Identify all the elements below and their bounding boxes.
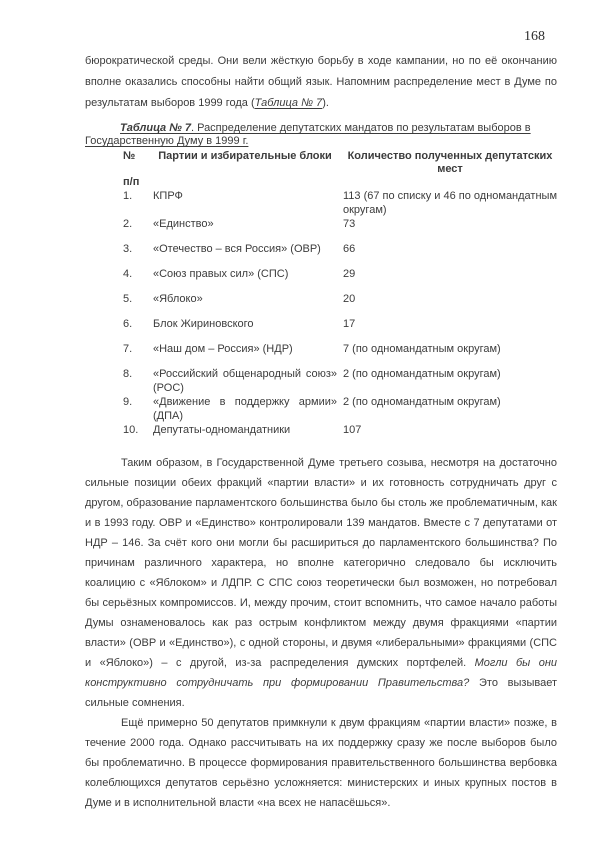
table-row: 7. «Наш дом – Россия» (НДР) 7 (по однома… — [123, 342, 557, 367]
seats-count: 20 — [343, 292, 557, 306]
party-name: «Союз правых сил» (СПС) — [153, 267, 337, 281]
row-number: 9. — [123, 395, 153, 409]
party-name: «Единство» — [153, 217, 337, 231]
table-row: 10. Депутаты-одномандатники 107 — [123, 423, 557, 448]
table-row: 8. «Российский общенародный союз» (РОС) … — [123, 367, 557, 395]
header-num-line2: п/п — [123, 176, 153, 189]
intro-paragraph: бюрократической среды. Они вели жёсткую … — [85, 51, 557, 114]
table-row: 9. «Движение в поддержку армии» (ДПА) 2 … — [123, 395, 557, 423]
seats-count: 29 — [343, 267, 557, 281]
party-name: Депутаты-одномандатники — [153, 423, 337, 437]
table-row: 2. «Единство» 73 — [123, 217, 557, 242]
mandates-table: № п/п Партии и избирательные блоки Колич… — [123, 150, 557, 448]
seats-count: 73 — [343, 217, 557, 231]
row-number: 1. — [123, 189, 153, 203]
document-page: 168 бюрократической среды. Они вели жёст… — [0, 0, 600, 849]
row-number: 4. — [123, 267, 153, 281]
table-row: 4. «Союз правых сил» (СПС) 29 — [123, 267, 557, 292]
party-name: КПРФ — [153, 189, 337, 203]
seats-count: 2 (по одномандатным округам) — [343, 395, 557, 409]
party-name: Блок Жириновского — [153, 317, 337, 331]
seats-count: 17 — [343, 317, 557, 331]
page-content: бюрократической среды. Они вели жёсткую … — [85, 51, 557, 813]
row-number: 10. — [123, 423, 153, 437]
header-num-line1: № — [123, 150, 153, 163]
table-reference-link: Таблица № 7 — [255, 97, 323, 109]
seats-count: 2 (по одномандатным округам) — [343, 367, 557, 381]
table-row: 3. «Отечество – вся Россия» (ОВР) 66 — [123, 242, 557, 267]
row-number: 8. — [123, 367, 153, 381]
seats-count: 107 — [343, 423, 557, 437]
table-row: 6. Блок Жириновского 17 — [123, 317, 557, 342]
party-name: «Российский общенародный союз» (РОС) — [153, 367, 337, 395]
header-num-column: № п/п — [123, 150, 153, 189]
row-number: 3. — [123, 242, 153, 256]
seats-count: 113 (67 по списку и 46 по одномандатным … — [343, 189, 557, 217]
intro-text-after: ). — [322, 97, 329, 109]
seats-count: 7 (по одномандатным округам) — [343, 342, 557, 356]
header-seats-column: Количество полученных депутатских мест — [343, 150, 557, 189]
row-number: 7. — [123, 342, 153, 356]
page-number: 168 — [524, 29, 545, 45]
party-name: «Отечество – вся Россия» (ОВР) — [153, 242, 337, 256]
analysis-text-normal: Таким образом, в Государственной Думе тр… — [85, 457, 557, 669]
table-header-row: № п/п Партии и избирательные блоки Колич… — [123, 150, 557, 189]
party-name: «Движение в поддержку армии» (ДПА) — [153, 395, 337, 423]
seats-count: 66 — [343, 242, 557, 256]
closing-paragraph: Ещё примерно 50 депутатов примкнули к дв… — [85, 713, 557, 813]
table-caption-label: Таблица № 7 — [120, 122, 191, 134]
row-number: 5. — [123, 292, 153, 306]
row-number: 6. — [123, 317, 153, 331]
table-row: 1. КПРФ 113 (67 по списку и 46 по однома… — [123, 189, 557, 217]
table-caption: Таблица № 7. Распределение депутатских м… — [85, 122, 557, 148]
header-party-column: Партии и избирательные блоки — [153, 150, 337, 189]
analysis-paragraph: Таким образом, в Государственной Думе тр… — [85, 453, 557, 713]
party-name: «Яблоко» — [153, 292, 337, 306]
row-number: 2. — [123, 217, 153, 231]
table-row: 5. «Яблоко» 20 — [123, 292, 557, 317]
party-name: «Наш дом – Россия» (НДР) — [153, 342, 337, 356]
